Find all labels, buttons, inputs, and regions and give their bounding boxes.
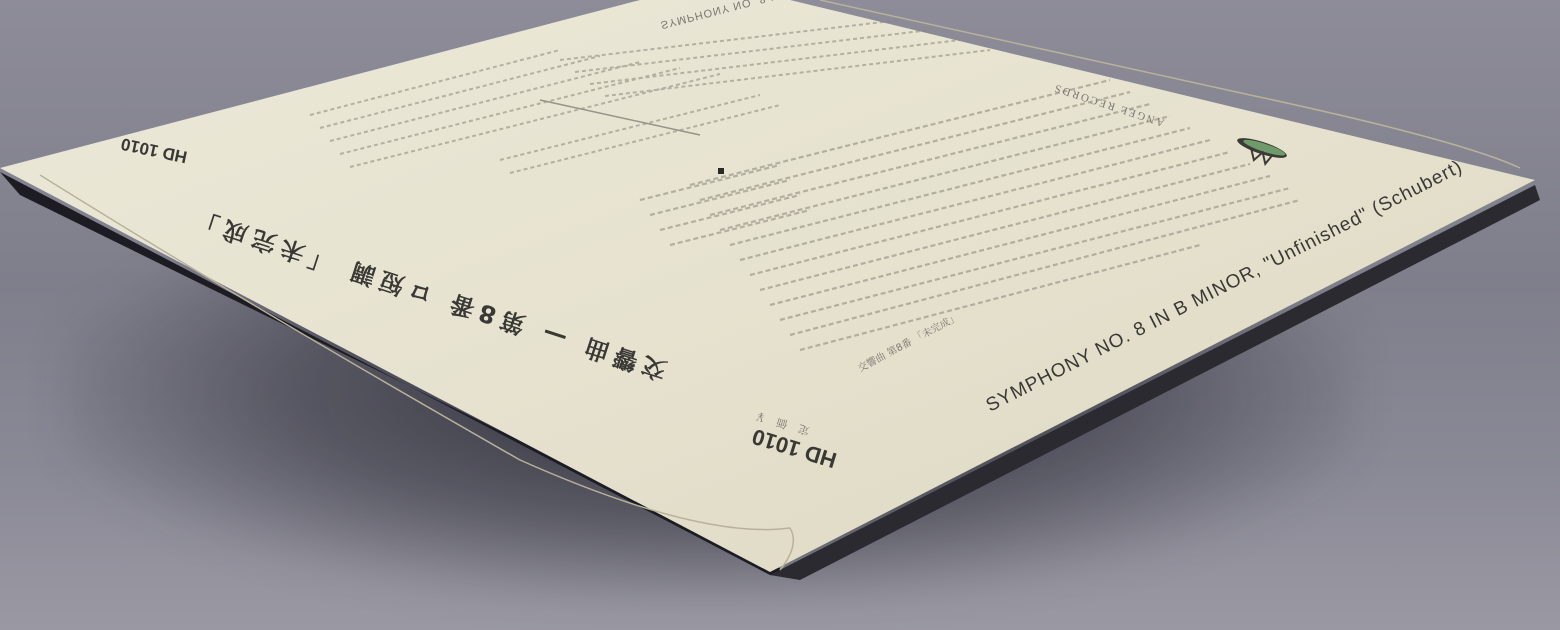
sleeve-paper xyxy=(0,0,1535,572)
bullet-mark xyxy=(718,168,724,174)
photo-scene: SYMPHONY NO. 8 IN B MINOR, "Unfinished" … xyxy=(0,0,1560,630)
record-sleeve: SYMPHONY NO. 8 IN B MINOR, "Unfinished" … xyxy=(0,0,1560,630)
